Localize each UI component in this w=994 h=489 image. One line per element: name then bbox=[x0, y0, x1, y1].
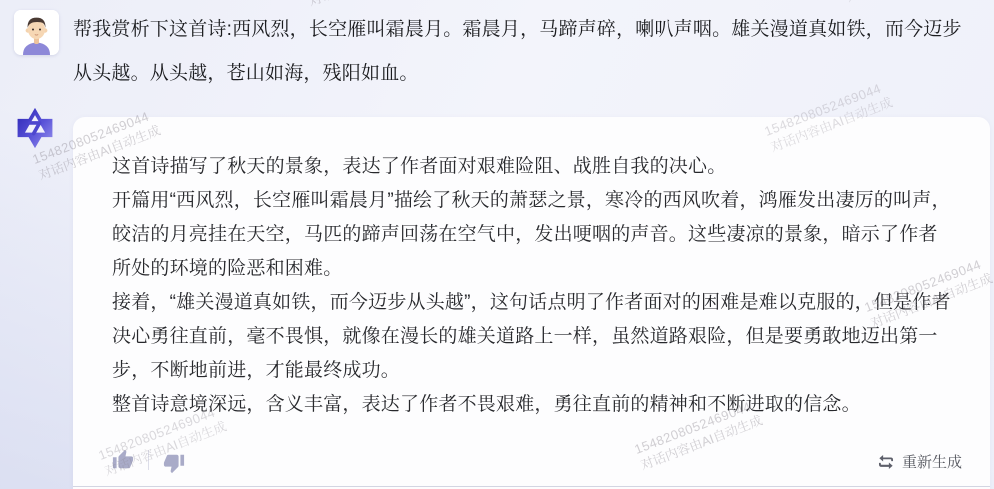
assistant-avatar bbox=[13, 106, 57, 150]
refresh-icon bbox=[877, 453, 895, 471]
assistant-answer-text: 这首诗描写了秋天的景象，表达了作者面对艰难险阻、战胜自我的决心。 开篇用“西风烈… bbox=[112, 150, 954, 422]
user-avatar-illustration bbox=[14, 10, 59, 55]
regenerate-button[interactable]: 重新生成 bbox=[877, 451, 962, 472]
answer-paragraph: 这首诗描写了秋天的景象，表达了作者面对艰难险阻、战胜自我的决心。 bbox=[112, 150, 954, 184]
thumbs-up-icon bbox=[112, 449, 134, 471]
answer-paragraph: 整首诗意境深远，含义丰富，表达了作者不畏艰难，勇往直前的精神和不断进取的信念。 bbox=[112, 388, 954, 422]
answer-paragraph: 接着，“雄关漫道真如铁，而今迈步从头越”，这句话点明了作者面对的困难是难以克服的… bbox=[112, 286, 954, 388]
feedback-actions bbox=[112, 449, 185, 471]
answer-paragraph: 开篇用“西风烈，长空雁叫霜晨月”描绘了秋天的萧瑟之景，寒冷的西风吹着，鸿雁发出凄… bbox=[112, 184, 954, 286]
feedback-divider bbox=[148, 450, 149, 470]
thumbs-up-button[interactable] bbox=[112, 449, 134, 471]
user-avatar bbox=[14, 10, 59, 55]
regenerate-label: 重新生成 bbox=[902, 451, 962, 472]
assistant-response-card: 这首诗描写了秋天的景象，表达了作者面对艰难险阻、战胜自我的决心。 开篇用“西风烈… bbox=[73, 117, 990, 489]
thumbs-down-button[interactable] bbox=[163, 452, 185, 474]
user-message-text: 帮我赏析下这首诗:西风烈，长空雁叫霜晨月。霜晨月，马蹄声碎，喇叭声咽。雄关漫道真… bbox=[73, 8, 966, 96]
thumbs-down-icon bbox=[163, 452, 185, 474]
card-bottom-divider bbox=[73, 486, 990, 487]
tongyi-logo-icon bbox=[13, 106, 57, 150]
watermark: 1548208052469044 对话内容由AI自动生成 bbox=[838, 0, 971, 6]
